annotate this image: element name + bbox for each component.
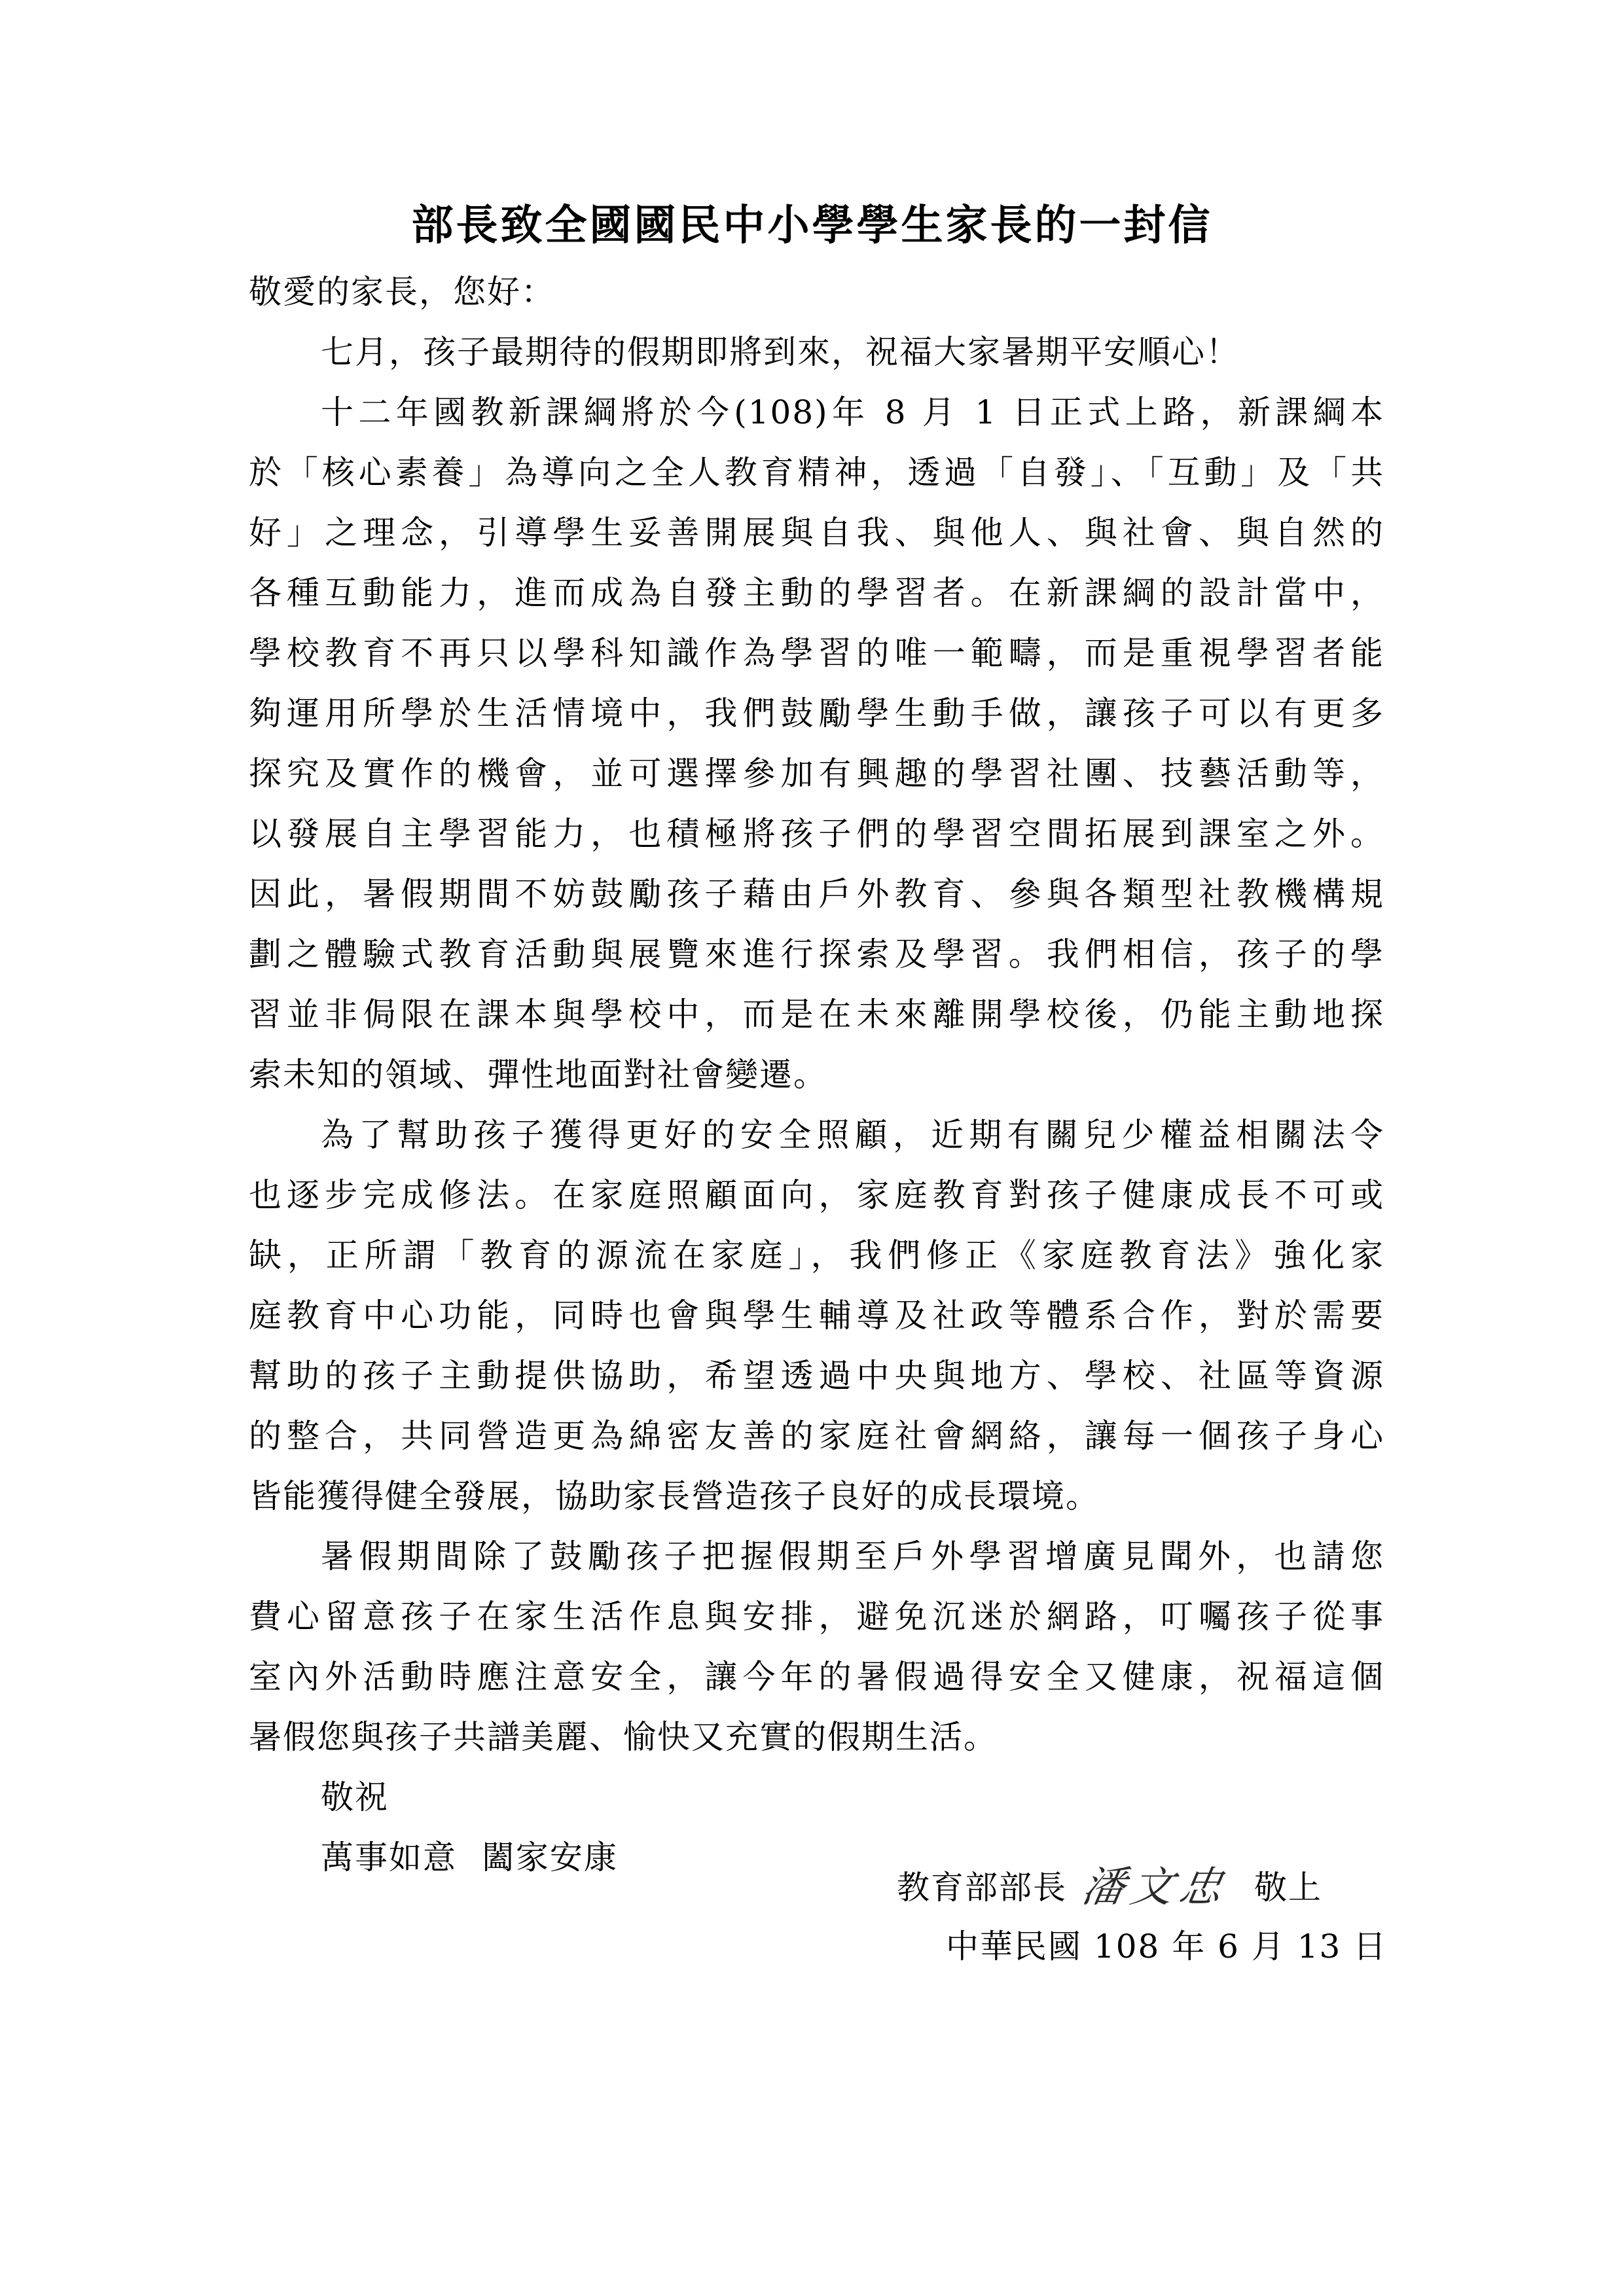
- paragraph-3-line-5: 幫助的孩子主動提供協助，希望透過中央與地方、學校、社區等資源: [249, 1346, 1384, 1406]
- paragraph-2-line-5: 學校教育不再只以學科知識作為學習的唯一範疇，而是重視學習者能: [249, 623, 1384, 683]
- letter-page: 部長致全國國民中小學學生家長的一封信 敬愛的家長，您好： 七月，孩子最期待的假期…: [0, 0, 1624, 2296]
- paragraph-4-line-2: 費心留意孩子在家生活作息與安排，避免沉迷於網路，叮囑孩子從事: [249, 1587, 1384, 1647]
- paragraph-3-line-3: 缺，正所謂「教育的源流在家庭」，我們修正《家庭教育法》強化家: [249, 1225, 1384, 1285]
- paragraph-3-line-7: 皆能獲得健全發展，協助家長營造孩子良好的成長環境。: [249, 1466, 1384, 1526]
- paragraph-3-line-2: 也逐步完成修法。在家庭照顧面向，家庭教育對孩子健康成長不可或: [249, 1165, 1384, 1225]
- paragraph-2-line-11: 習並非侷限在課本與學校中，而是在未來離開學校後，仍能主動地探: [249, 984, 1384, 1045]
- paragraph-2-line-3: 好」之理念，引導學生妥善開展與自我、與他人、與社會、與自然的: [249, 503, 1384, 563]
- letter-date: 中華民國 108 年 6 月 13 日: [946, 1916, 1387, 1977]
- signature-row: 教育部部長潘文忠敬上: [897, 1857, 1322, 1918]
- paragraph-4-line-4: 暑假您與孩子共譜美麗、愉快又充實的假期生活。: [249, 1707, 1384, 1767]
- paragraph-2-line-7: 探究及實作的機會，並可選擇參加有興趣的學習社團、技藝活動等，: [249, 744, 1384, 804]
- paragraph-4-line-3: 室內外活動時應注意安全，讓今年的暑假過得安全又健康，祝福這個: [249, 1647, 1384, 1707]
- signature-title: 教育部部長: [897, 1869, 1067, 1907]
- paragraph-2-line-12: 索未知的領域、彈性地面對社會變遷。: [249, 1045, 1384, 1105]
- letter-title: 部長致全國國民中小學學生家長的一封信: [0, 196, 1624, 255]
- paragraph-4-line-1: 暑假期間除了鼓勵孩子把握假期至戶外學習增廣見聞外，也請您: [321, 1526, 1384, 1587]
- paragraph-2-line-8: 以發展自主學習能力，也積極將孩子們的學習空間拓展到課室之外。: [249, 804, 1384, 864]
- paragraph-1-line-1: 七月，孩子最期待的假期即將到來，祝福大家暑期平安順心！: [321, 322, 1384, 382]
- paragraph-2-line-10: 劃之體驗式教育活動與展覽來進行探索及學習。我們相信，孩子的學: [249, 924, 1384, 984]
- paragraph-3-line-1: 為了幫助孩子獲得更好的安全照顧，近期有關兒少權益相關法令: [321, 1105, 1384, 1165]
- closing-line-1: 敬祝: [321, 1767, 1384, 1827]
- paragraph-3-line-6: 的整合，共同營造更為綿密友善的家庭社會網絡，讓每一個孩子身心: [249, 1406, 1384, 1466]
- handwritten-signature: 潘文忠: [1077, 1857, 1233, 1918]
- paragraph-2-line-9: 因此，暑假期間不妨鼓勵孩子藉由戶外教育、參與各類型社教機構規: [249, 864, 1384, 924]
- paragraph-2-line-6: 夠運用所學於生活情境中，我們鼓勵學生動手做，讓孩子可以有更多: [249, 683, 1384, 744]
- salutation: 敬愛的家長，您好：: [249, 262, 1384, 322]
- paragraph-2-line-4: 各種互動能力，進而成為自發主動的學習者。在新課綱的設計當中，: [249, 563, 1384, 623]
- paragraph-3-line-4: 庭教育中心功能，同時也會與學生輔導及社政等體系合作，對於需要: [249, 1285, 1384, 1346]
- signature-suffix: 敬上: [1254, 1869, 1322, 1907]
- paragraph-2-line-2: 於「核心素養」為導向之全人教育精神，透過「自發」、「互動」及「共: [249, 442, 1384, 503]
- paragraph-2-line-1: 十二年國教新課綱將於今(108)年 8 月 1 日正式上路，新課綱本: [321, 382, 1384, 442]
